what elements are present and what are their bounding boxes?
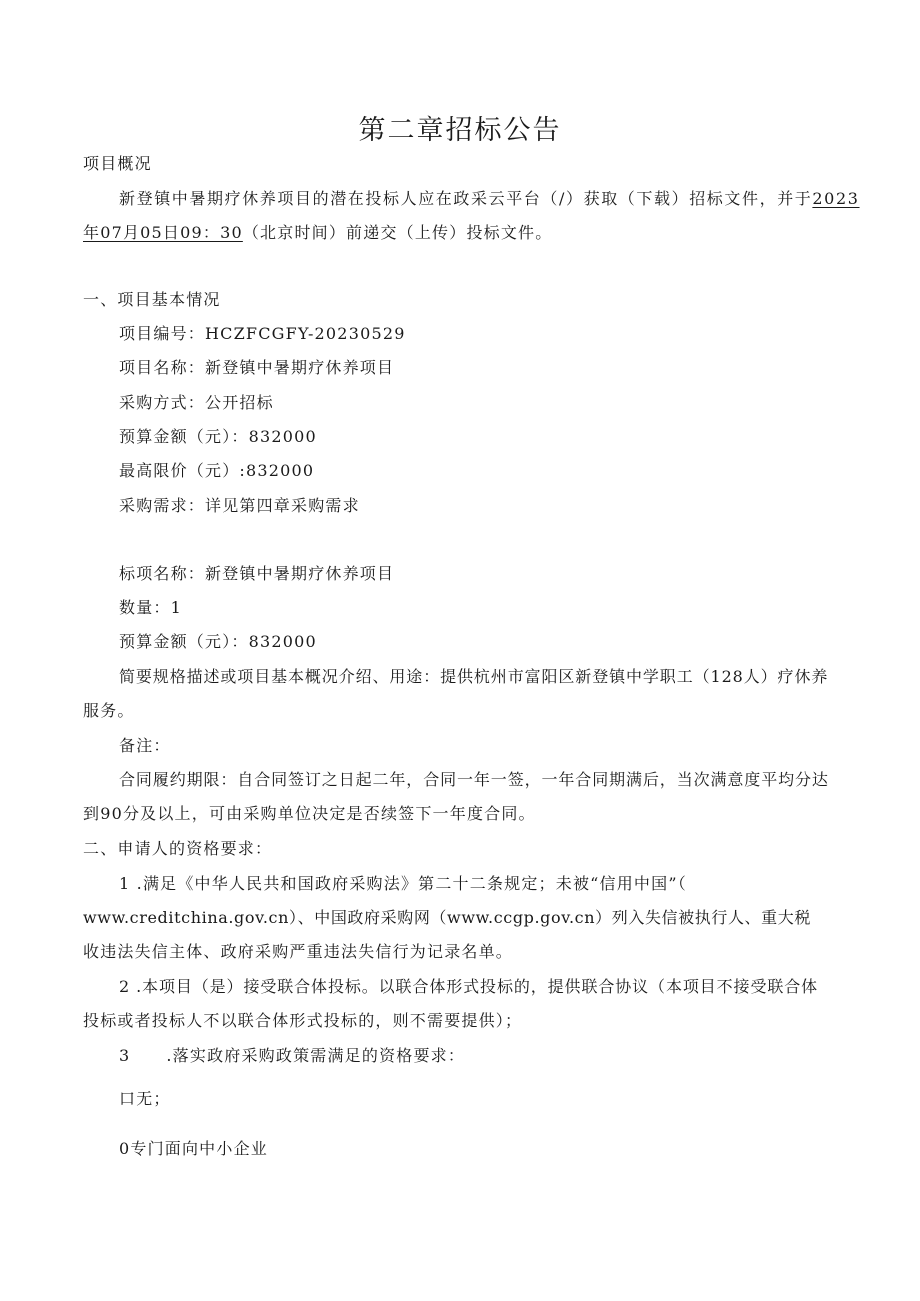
max-price: 最高限价（元）:832000 [119, 461, 314, 481]
remark-line-2: 到90分及以上，可由采购单位决定是否续签下一年度合同。 [83, 804, 536, 824]
overview-paragraph-line-2: 年07月05日09：30（北京时间）前递交（上传）投标文件。 [83, 223, 552, 243]
requirement-2-line-2: 投标或者投标人不以联合体形式投标的，则不需要提供）； [83, 1011, 522, 1031]
lot-description-line-1: 简要规格描述或项目基本概况介绍、用途：提供杭州市富阳区新登镇中学职工（128人）… [119, 667, 828, 687]
document-page: 第二章招标公告 项目概况 新登镇中暑期疗休养项目的潜在投标人应在政采云平台（/）… [0, 0, 920, 1301]
procurement-requirements: 采购需求：详见第四章采购需求 [119, 496, 360, 516]
remark-line-1: 合同履约期限：自合同签订之日起二年，合同一年一签，一年合同期满后，当次满意度平均… [119, 770, 829, 790]
remark-label: 备注： [119, 736, 171, 756]
requirement-3-text: .落实政府采购政策需满足的资格要求： [166, 1046, 465, 1065]
project-name: 项目名称：新登镇中暑期疗休养项目 [119, 358, 394, 378]
lot-name: 标项名称：新登镇中暑期疗休养项目 [119, 564, 394, 584]
requirement-3-number: 3 [119, 1046, 130, 1065]
deadline-date: 年07月05日09：30 [83, 223, 243, 242]
requirement-1-line-2: www.creditchina.gov.cn）、中国政府采购网（www.ccgp… [83, 908, 811, 928]
overview-text-suffix: （北京时间）前递交（上传）投标文件。 [243, 223, 553, 242]
requirement-1-line-1: 1 .满足《中华人民共和国政府采购法》第二十二条规定；未被“信用中国”（ [119, 874, 687, 894]
requirement-3: 3.落实政府采购政策需满足的资格要求： [119, 1046, 465, 1066]
overview-heading: 项目概况 [83, 154, 152, 174]
procurement-method: 采购方式：公开招标 [119, 393, 274, 413]
option-sme: 0专门面向中小企业 [119, 1139, 268, 1159]
option-none: 口无； [119, 1089, 171, 1109]
overview-text: 新登镇中暑期疗休养项目的潜在投标人应在政采云平台（/）获取（下载）招标文件，并于 [119, 189, 812, 208]
requirement-1-line-3: 收违法失信主体、政府采购严重违法失信行为记录名单。 [83, 942, 513, 962]
section1-heading: 一、项目基本情况 [83, 290, 221, 310]
section2-heading: 二、申请人的资格要求： [83, 839, 272, 859]
requirement-2-line-1: 2 .本项目（是）接受联合体投标。以联合体形式投标的，提供联合协议（本项目不接受… [119, 977, 818, 997]
budget-amount: 预算金额（元）：832000 [119, 427, 317, 447]
lot-description-line-2: 服务。 [83, 701, 135, 721]
overview-paragraph-line-1: 新登镇中暑期疗休养项目的潜在投标人应在政采云平台（/）获取（下载）招标文件，并于… [119, 189, 860, 209]
page-title: 第二章招标公告 [0, 108, 920, 147]
deadline-year: 2023 [812, 189, 859, 208]
project-number: 项目编号：HCZFCGFY-20230529 [119, 324, 406, 344]
lot-quantity: 数量：1 [119, 598, 182, 618]
lot-budget: 预算金额（元）：832000 [119, 632, 317, 652]
